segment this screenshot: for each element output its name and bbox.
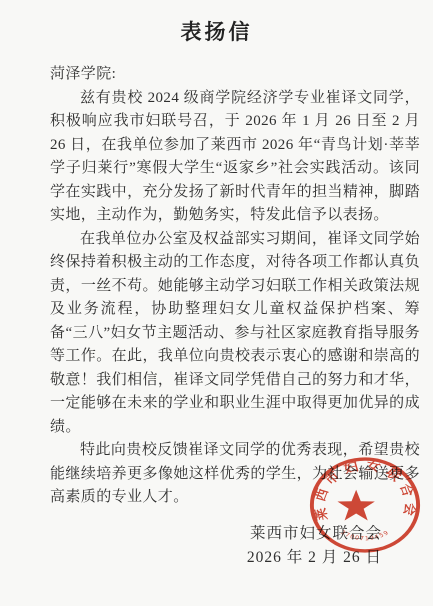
letter-body: 菏泽学院: 兹有贵校 2024 级商学院经济学专业崔译文同学，积极响应我市妇联号… [50,63,420,510]
paragraph-1: 兹有贵校 2024 级商学院经济学专业崔译文同学，积极响应我市妇联号召，于 20… [50,87,420,228]
letter-title: 表扬信 [0,16,433,46]
paragraph-2: 在我单位办公室及权益部实习期间，崔译文同学始终保持着积极主动的工作态度，对待各项… [50,228,420,440]
salutation: 菏泽学院: [50,63,420,87]
signature-org: 莱西市妇女联合会 [0,522,382,546]
paragraph-3: 特此向贵校反馈崔译文同学的优秀表现，希望贵校能继续培养更多像她这样优秀的学生，为… [50,439,420,510]
signature-date: 2026 年 2 月 26 日 [0,546,382,570]
signature-block: 莱西市妇女联合会 2026 年 2 月 26 日 [0,522,382,570]
commendation-letter-page: 表扬信 菏泽学院: 兹有贵校 2024 级商学院经济学专业崔译文同学，积极响应我… [0,0,433,606]
